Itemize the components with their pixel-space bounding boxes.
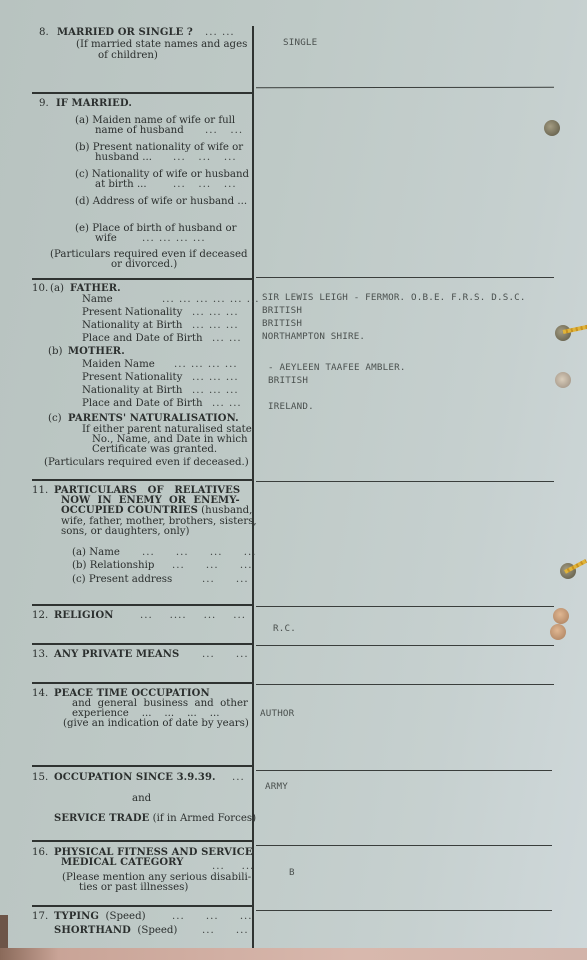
question-title-rest: (Speed) [131, 925, 178, 936]
row-divider [256, 684, 554, 685]
typing-label: TYPING (Speed) [54, 911, 146, 923]
question-title: MEDICAL CATEGORY [61, 857, 184, 869]
field-label: Name [82, 294, 113, 306]
answer-mother-place-of-birth[interactable]: IRELAND. [268, 400, 314, 413]
leader-dots: ... ... [205, 27, 235, 39]
page-bottom-edge [0, 948, 587, 960]
leader-dots: ... ... ... ... [174, 359, 238, 371]
field-label: Present Nationality [82, 307, 182, 319]
leader-dots: ... ... ... [192, 307, 239, 319]
field-label: Present Nationality [82, 372, 182, 384]
form-page: 8. MARRIED OR SINGLE ? ... ... (If marri… [0, 0, 587, 960]
leader-dots: ... ... [202, 574, 249, 586]
question-title-rest: (husband, [198, 505, 252, 516]
field-label: Place and Date of Birth [82, 398, 203, 410]
field-label: (c) Present address [72, 574, 172, 586]
question-note: ties or past illnesses) [79, 882, 188, 894]
answer-mother-maiden-name[interactable]: - AEYLEEN TAAFEE AMBLER. [268, 361, 406, 374]
leader-dots: ... ... [205, 125, 243, 137]
answer-father-present-nationality[interactable]: BRITISH [262, 304, 302, 317]
field-label: (a) Name [72, 547, 120, 559]
field-label: at birth ... [95, 179, 147, 191]
answer-medical-category[interactable]: B [289, 866, 295, 879]
leader-dots: ... ... ... [192, 372, 239, 384]
question-number: 8. [39, 27, 49, 39]
answer-religion[interactable]: R.C. [273, 622, 296, 635]
field-label: name of husband [95, 125, 184, 137]
question-title: MARRIED OR SINGLE ? [57, 27, 193, 39]
leader-dots: ... .... ... ... [140, 610, 246, 622]
punch-hole [555, 372, 571, 388]
field-label: Nationality at Birth [82, 320, 182, 332]
leader-dots: ... ... ... [192, 320, 239, 332]
field-label: husband ... [95, 152, 152, 164]
answer-father-name[interactable]: SIR LEWIS LEIGH - FERMOR. O.B.E. F.R.S. … [262, 291, 526, 304]
leader-dots: ... ... [212, 398, 242, 410]
leader-dots: ... ... ... [173, 152, 237, 164]
question-note: and [132, 793, 151, 805]
leader-dots: ... [232, 772, 245, 784]
row-divider [32, 682, 253, 684]
field-label: Place and Date of Birth [82, 333, 203, 345]
question-note: Certificate was granted. [92, 444, 217, 456]
question-title-bold: TYPING [54, 911, 99, 922]
leader-dots: ... ... ... [173, 179, 237, 191]
question-number: 15. [32, 772, 48, 784]
row-divider [32, 840, 253, 842]
answer-father-nationality-at-birth[interactable]: BRITISH [262, 317, 302, 330]
question-number: 9. [39, 98, 49, 110]
leader-dots: ... ... [212, 333, 242, 345]
column-divider [252, 26, 254, 948]
answer-mother-present-nationality[interactable]: BRITISH [268, 374, 308, 387]
question-title: RELIGION [54, 610, 114, 622]
row-divider [256, 87, 554, 89]
page-edge-shadow [0, 915, 8, 950]
punch-hole [553, 608, 569, 624]
question-title-rest: (if in Armed Forces) [149, 813, 256, 824]
row-divider [256, 277, 554, 278]
question-title: ANY PRIVATE MEANS [54, 649, 179, 661]
question-note: (give an indication of date by years) [63, 718, 249, 730]
question-note: or divorced.) [111, 259, 177, 271]
row-divider [32, 278, 253, 280]
row-divider [32, 905, 253, 907]
question-number: 17. [32, 911, 48, 923]
leader-dots: ... ... ... [172, 911, 253, 923]
answer-peace-time-occupation[interactable]: AUTHOR [260, 707, 294, 720]
leader-dots: ... ... ... [172, 560, 253, 572]
question-title-bold: OCCUPIED COUNTRIES [61, 505, 198, 516]
punch-hole [550, 624, 566, 640]
leader-dots: ... ... [202, 649, 249, 661]
shorthand-label: SHORTHAND (Speed) [54, 925, 177, 937]
question-note: (Particulars required even if deceased.) [44, 457, 249, 469]
leader-dots: ... ... ... ... [142, 233, 206, 245]
leader-dots: ... ... ... ... [142, 547, 256, 559]
punch-hole [544, 120, 560, 136]
question-title-bold: SERVICE TRADE [54, 813, 149, 824]
field-label: (d) Address of wife or husband ... [75, 196, 247, 208]
question-title: OCCUPATION SINCE 3.9.39. [54, 772, 216, 784]
question-number: 12. [32, 610, 48, 622]
question-number: 13. [32, 649, 48, 661]
row-divider [256, 606, 554, 607]
question-note: sons, or daughters, only) [61, 526, 190, 538]
question-number: 16. [32, 847, 48, 859]
row-divider [256, 481, 554, 482]
question-number: 10. [32, 283, 48, 295]
answer-marital-status[interactable]: SINGLE [283, 36, 317, 49]
question-number: 11. [32, 485, 48, 497]
question-title: MOTHER. [68, 346, 125, 358]
sub-label: (c) [48, 413, 62, 425]
answer-father-place-of-birth[interactable]: NORTHAMPTON SHIRE. [262, 330, 365, 343]
answer-occupation-since[interactable]: ARMY [265, 780, 288, 793]
field-label: Maiden Name [82, 359, 155, 371]
row-divider [32, 92, 253, 94]
sub-label: (a) [50, 283, 64, 295]
row-divider [256, 645, 554, 646]
row-divider [256, 845, 552, 846]
question-title: IF MARRIED. [56, 98, 132, 110]
field-label: (b) Relationship [72, 560, 154, 572]
row-divider [256, 910, 552, 911]
row-divider [32, 479, 253, 481]
question-note: of children) [98, 50, 158, 62]
question-title-bold: SHORTHAND [54, 925, 131, 936]
row-divider [256, 770, 552, 771]
field-label: wife [95, 233, 117, 245]
field-label: Nationality at Birth [82, 385, 182, 397]
row-divider [32, 604, 253, 606]
leader-dots: ... ... ... [192, 385, 239, 397]
question-number: 14. [32, 688, 48, 700]
question-title-rest: (Speed) [99, 911, 146, 922]
row-divider [32, 643, 253, 645]
question-title: SERVICE TRADE (if in Armed Forces) [54, 813, 256, 825]
sub-label: (b) [48, 346, 62, 358]
row-divider [32, 765, 253, 767]
leader-dots: ... ... ... ... ... ... [162, 294, 259, 306]
leader-dots: ... ... [202, 925, 249, 937]
